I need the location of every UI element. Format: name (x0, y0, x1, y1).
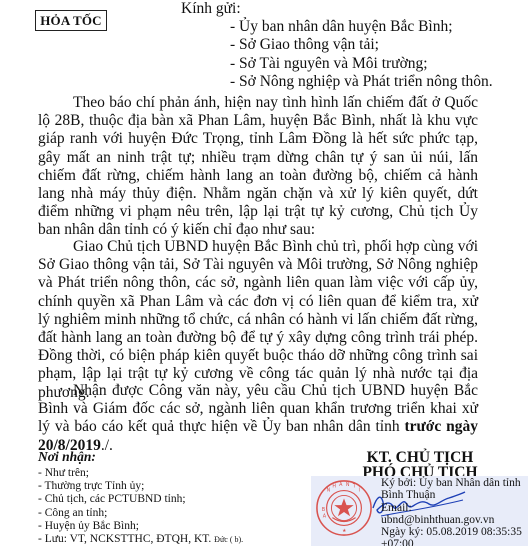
distribution-item: - Chủ tịch, các PCTUBND tỉnh; (38, 493, 243, 506)
recipient-item: - Sở Tài nguyên và Môi trường; (230, 55, 493, 73)
svg-text:N: N (327, 488, 331, 494)
archive-initials: Đức ( b). (214, 535, 243, 544)
digital-signature-box[interactable]: NHÂNTỈ BA★ Ký bởi: Ủy ban Nhân dân tỉnh … (311, 476, 528, 546)
svg-text:H: H (332, 484, 336, 490)
urgency-stamp: HỎA TỐC (35, 10, 107, 31)
recipient-item: - Sở Giao thông vận tải; (230, 36, 493, 54)
paragraph-text: Nhận được Công văn này, yêu cầu Chủ tịch… (38, 382, 478, 455)
distribution-item: - Công an tỉnh; (38, 507, 243, 520)
sign-timezone: +07:00 (381, 538, 522, 546)
distribution-item: - Thường trực Tỉnh ủy; (38, 480, 243, 493)
signed-by: Ký bởi: Ủy ban Nhân dân tỉnh (381, 477, 522, 489)
distribution-item: - Lưu: VT, NCKSTTHC, ĐTQH, KT. Đức ( b). (38, 533, 243, 546)
deadline-end: ./. (101, 437, 113, 454)
paragraph-deadline: Nhận được Công văn này, yêu cầu Chủ tịch… (38, 382, 478, 455)
distribution-item: - Huyện ủy Bắc Bình; (38, 520, 243, 533)
salutation: Kính gửi: (181, 0, 241, 18)
recipient-item: - Sở Nông nghiệp và Phát triển nông thôn… (230, 73, 493, 91)
svg-text:B: B (322, 507, 325, 513)
svg-text:A: A (323, 514, 327, 520)
state-seal-icon: NHÂNTỈ BA★ (315, 479, 373, 537)
signed-by-province: Bình Thuận (381, 489, 522, 501)
archive-text: - Lưu: VT, NCKSTTHC, ĐTQH, KT. (38, 533, 214, 545)
signature-details: Ký bởi: Ủy ban Nhân dân tỉnh Bình Thuận … (381, 477, 522, 546)
signer-title-line1: KT. CHỦ TỊCH (330, 450, 510, 465)
distribution-title: Nơi nhận: (38, 449, 96, 465)
paragraph-text: Theo báo chí phản ánh, hiện nay tình hìn… (38, 94, 478, 240)
paragraph-directive: Giao Chủ tịch UBND huyện Bắc Bình chủ tr… (38, 238, 478, 402)
recipient-item: - Ủy ban nhân dân huyện Bắc Bình; (230, 18, 493, 36)
paragraph-situation: Theo báo chí phản ánh, hiện nay tình hìn… (38, 94, 478, 240)
email-label: Email: (381, 502, 522, 514)
email-address[interactable]: ubnd@binhthuan.gov.vn (381, 514, 522, 526)
paragraph-text: Giao Chủ tịch UBND huyện Bắc Bình chủ tr… (38, 238, 478, 402)
svg-text:★: ★ (342, 528, 347, 534)
svg-text:Â: Â (339, 481, 343, 488)
distribution-item: - Như trên; (38, 467, 243, 480)
svg-text:T: T (352, 484, 356, 490)
sign-date: Ngày ký: 05.08.2019 08:35:35 (381, 526, 522, 538)
distribution-list: - Như trên; - Thường trực Tỉnh ủy; - Chủ… (38, 467, 243, 546)
recipient-list: - Ủy ban nhân dân huyện Bắc Bình; - Sở G… (230, 18, 493, 91)
svg-text:N: N (346, 482, 350, 488)
